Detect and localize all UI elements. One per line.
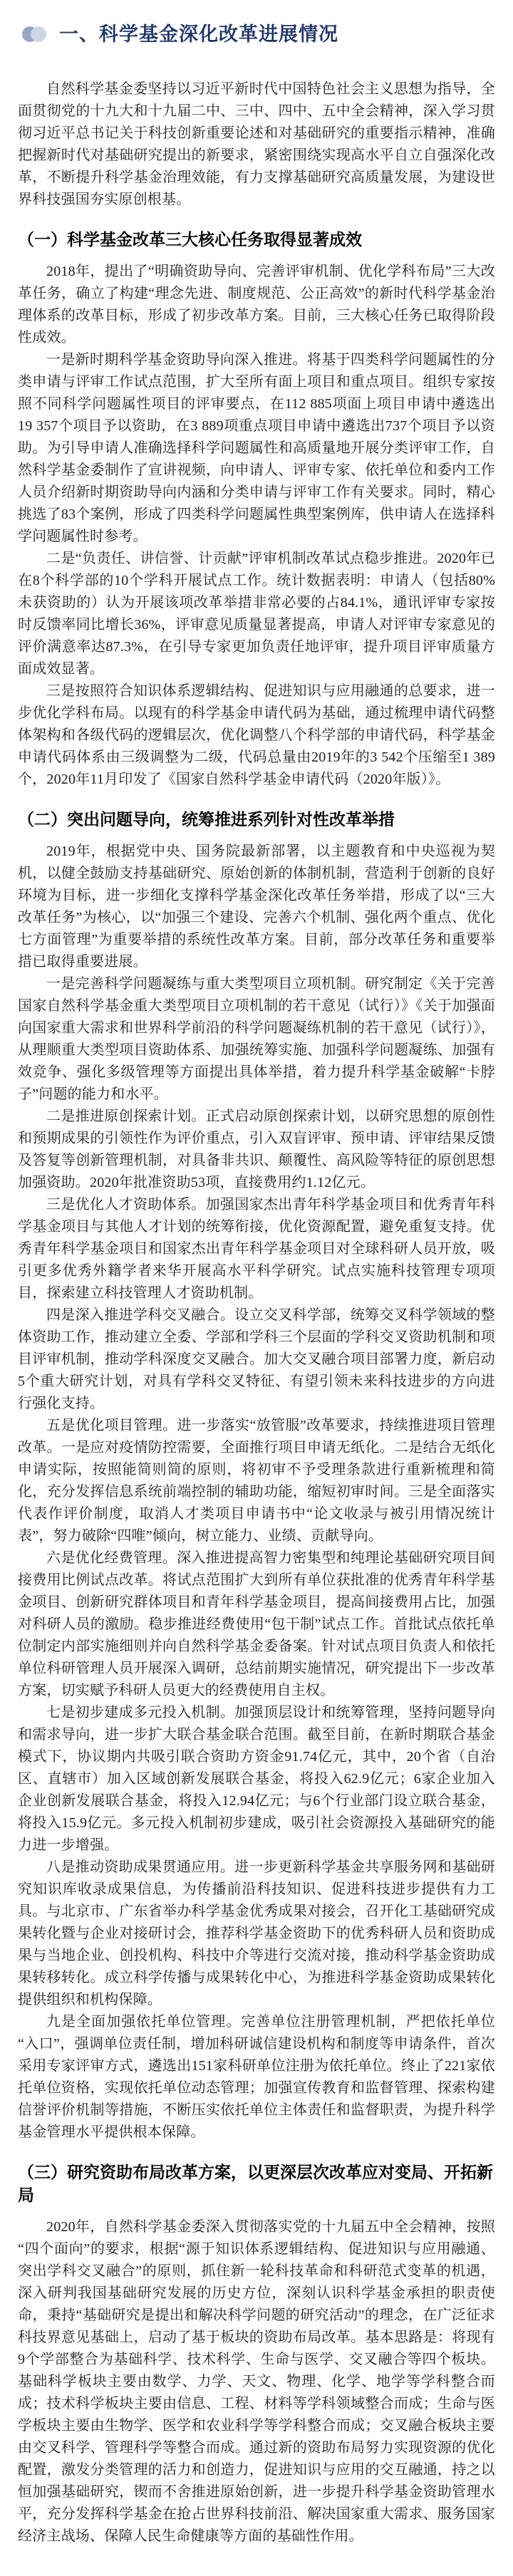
body-paragraph: 2019年，根据党中央、国务院最新部署，以主题教育和中央巡视为契机，以健全鼓励支… [18, 841, 495, 973]
section-heading: （三）研究资助布局改革方案，以更深层次改革应对变局、开拓新局 [18, 2161, 495, 2206]
document-page: 一、科学基金深化改革进展情况 自然科学基金委坚持以习近平新时代中国特色社会主义思… [0, 0, 513, 2576]
body-paragraph: 七是初步建成多元投入机制。加强顶层设计和统筹管理，坚持问题导向和需求导向，进一步… [18, 1702, 495, 1856]
body-paragraph: 二是“负责任、讲信誉、计贡献”评审机制改革试点稳步推进。2020年已在8个科学部… [18, 548, 495, 680]
body-paragraph: 六是优化经费管理。深入推进提高智力密集型和纯理论基础研究项目间接费用比例试点改革… [18, 1547, 495, 1702]
section-heading: （二）突出问题导向，统筹推进系列针对性改革举措 [18, 808, 495, 831]
document-body: 自然科学基金委坚持以习近平新时代中国特色社会主义思想为指导，全面贯彻党的十九大和… [18, 78, 495, 2548]
body-paragraph: 一是完善科学问题凝练与重大类型项目立项机制。研究制定《关于完善国家自然科学基金重… [18, 973, 495, 1106]
body-paragraph: 五是优化项目管理。进一步落实“放管服”改革要求，持续推进项目管理改革。一是应对疫… [18, 1415, 495, 1547]
body-paragraph: 九是全面加强依托单位管理。完善单位注册管理机制，严把依托单位“入口”，强调单位责… [18, 2011, 495, 2144]
body-paragraph: 八是推动资助成果贯通应用。进一步更新科学基金共享服务网和基础研究知识库收录成果信… [18, 1856, 495, 2011]
body-paragraph: 二是推进原创探索计划。正式启动原创探索计划，以研究思想的原创性和预期成果的引领性… [18, 1106, 495, 1194]
page-title: 一、科学基金深化改革进展情况 [59, 16, 338, 53]
body-paragraph: 一是新时期科学基金资助导向深入推进。将基于四类科学问题属性的分类申请与评审工作试… [18, 349, 495, 548]
body-paragraph: 四是深入推进学科交叉融合。设立交叉科学部，统筹交叉科学领域的整体资助工作，推动建… [18, 1304, 495, 1415]
body-paragraph: 三是优化人才资助体系。加强国家杰出青年科学基金项目和优秀青年科学基金项目与其他人… [18, 1194, 495, 1304]
body-paragraph: 2020年，自然科学基金委深入贯彻落实党的十九届五中全会精神，按照“四个面向”的… [18, 2216, 495, 2548]
body-paragraph: 2018年，提出了“明确资助导向、完善评审机制、优化学科布局”三大改革任务，确立… [18, 261, 495, 349]
page-title-row: 一、科学基金深化改革进展情况 [22, 16, 495, 53]
overlapping-circles-icon [22, 26, 48, 43]
section-heading: （一）科学基金改革三大核心任务取得显著成效 [18, 228, 495, 251]
body-paragraph: 三是按照符合知识体系逻辑结构、促进知识与应用融通的总要求，进一步优化学科布局。以… [18, 680, 495, 791]
body-paragraph: 自然科学基金委坚持以习近平新时代中国特色社会主义思想为指导，全面贯彻党的十九大和… [18, 78, 495, 211]
circle-light [31, 26, 46, 42]
